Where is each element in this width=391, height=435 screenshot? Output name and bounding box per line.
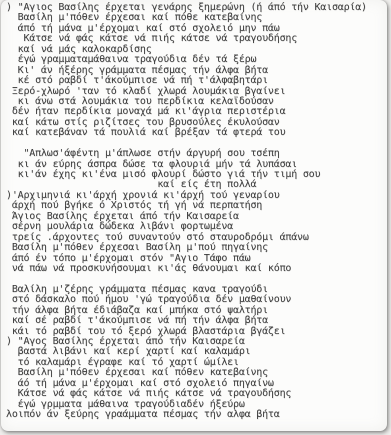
text-line: κέ στό ραβδί τ'άκούμπισε νά πή τ'άλφαβητ… [6, 76, 387, 86]
scanned-document: ) "Αγιος Βασίλης έρχεται γενάρης ξημερών… [0, 0, 391, 435]
text-line: λοιπόν άν ξεύρης γραάμματα πέσμας τήν αλ… [6, 410, 387, 420]
document-page: ) "Αγιος Βασίλης έρχεται γενάρης ξημερών… [1, 0, 387, 431]
text-line: "Απλωσ'άφέντη μ'άπλωσε στήν άργυρή σου τ… [6, 149, 387, 159]
text-line: νά πάω νά προσκυνήσουμαι κι'άς θάνουμαι … [6, 264, 387, 274]
text-lines: ) "Αγιος Βασίλης έρχεται γενάρης ξημερών… [6, 3, 387, 421]
text-line: καί κατεβάναν τά πουλιά καί βρέξαν τά φτ… [6, 128, 387, 138]
text-line: καί σέ ραβδί τ'άκούμπισε νά πή τήν άλφα … [6, 316, 387, 326]
text-line: Βασίλη μ'πόθεν έρχεσαι Βασίλη μ'πού πηγα… [6, 243, 387, 253]
